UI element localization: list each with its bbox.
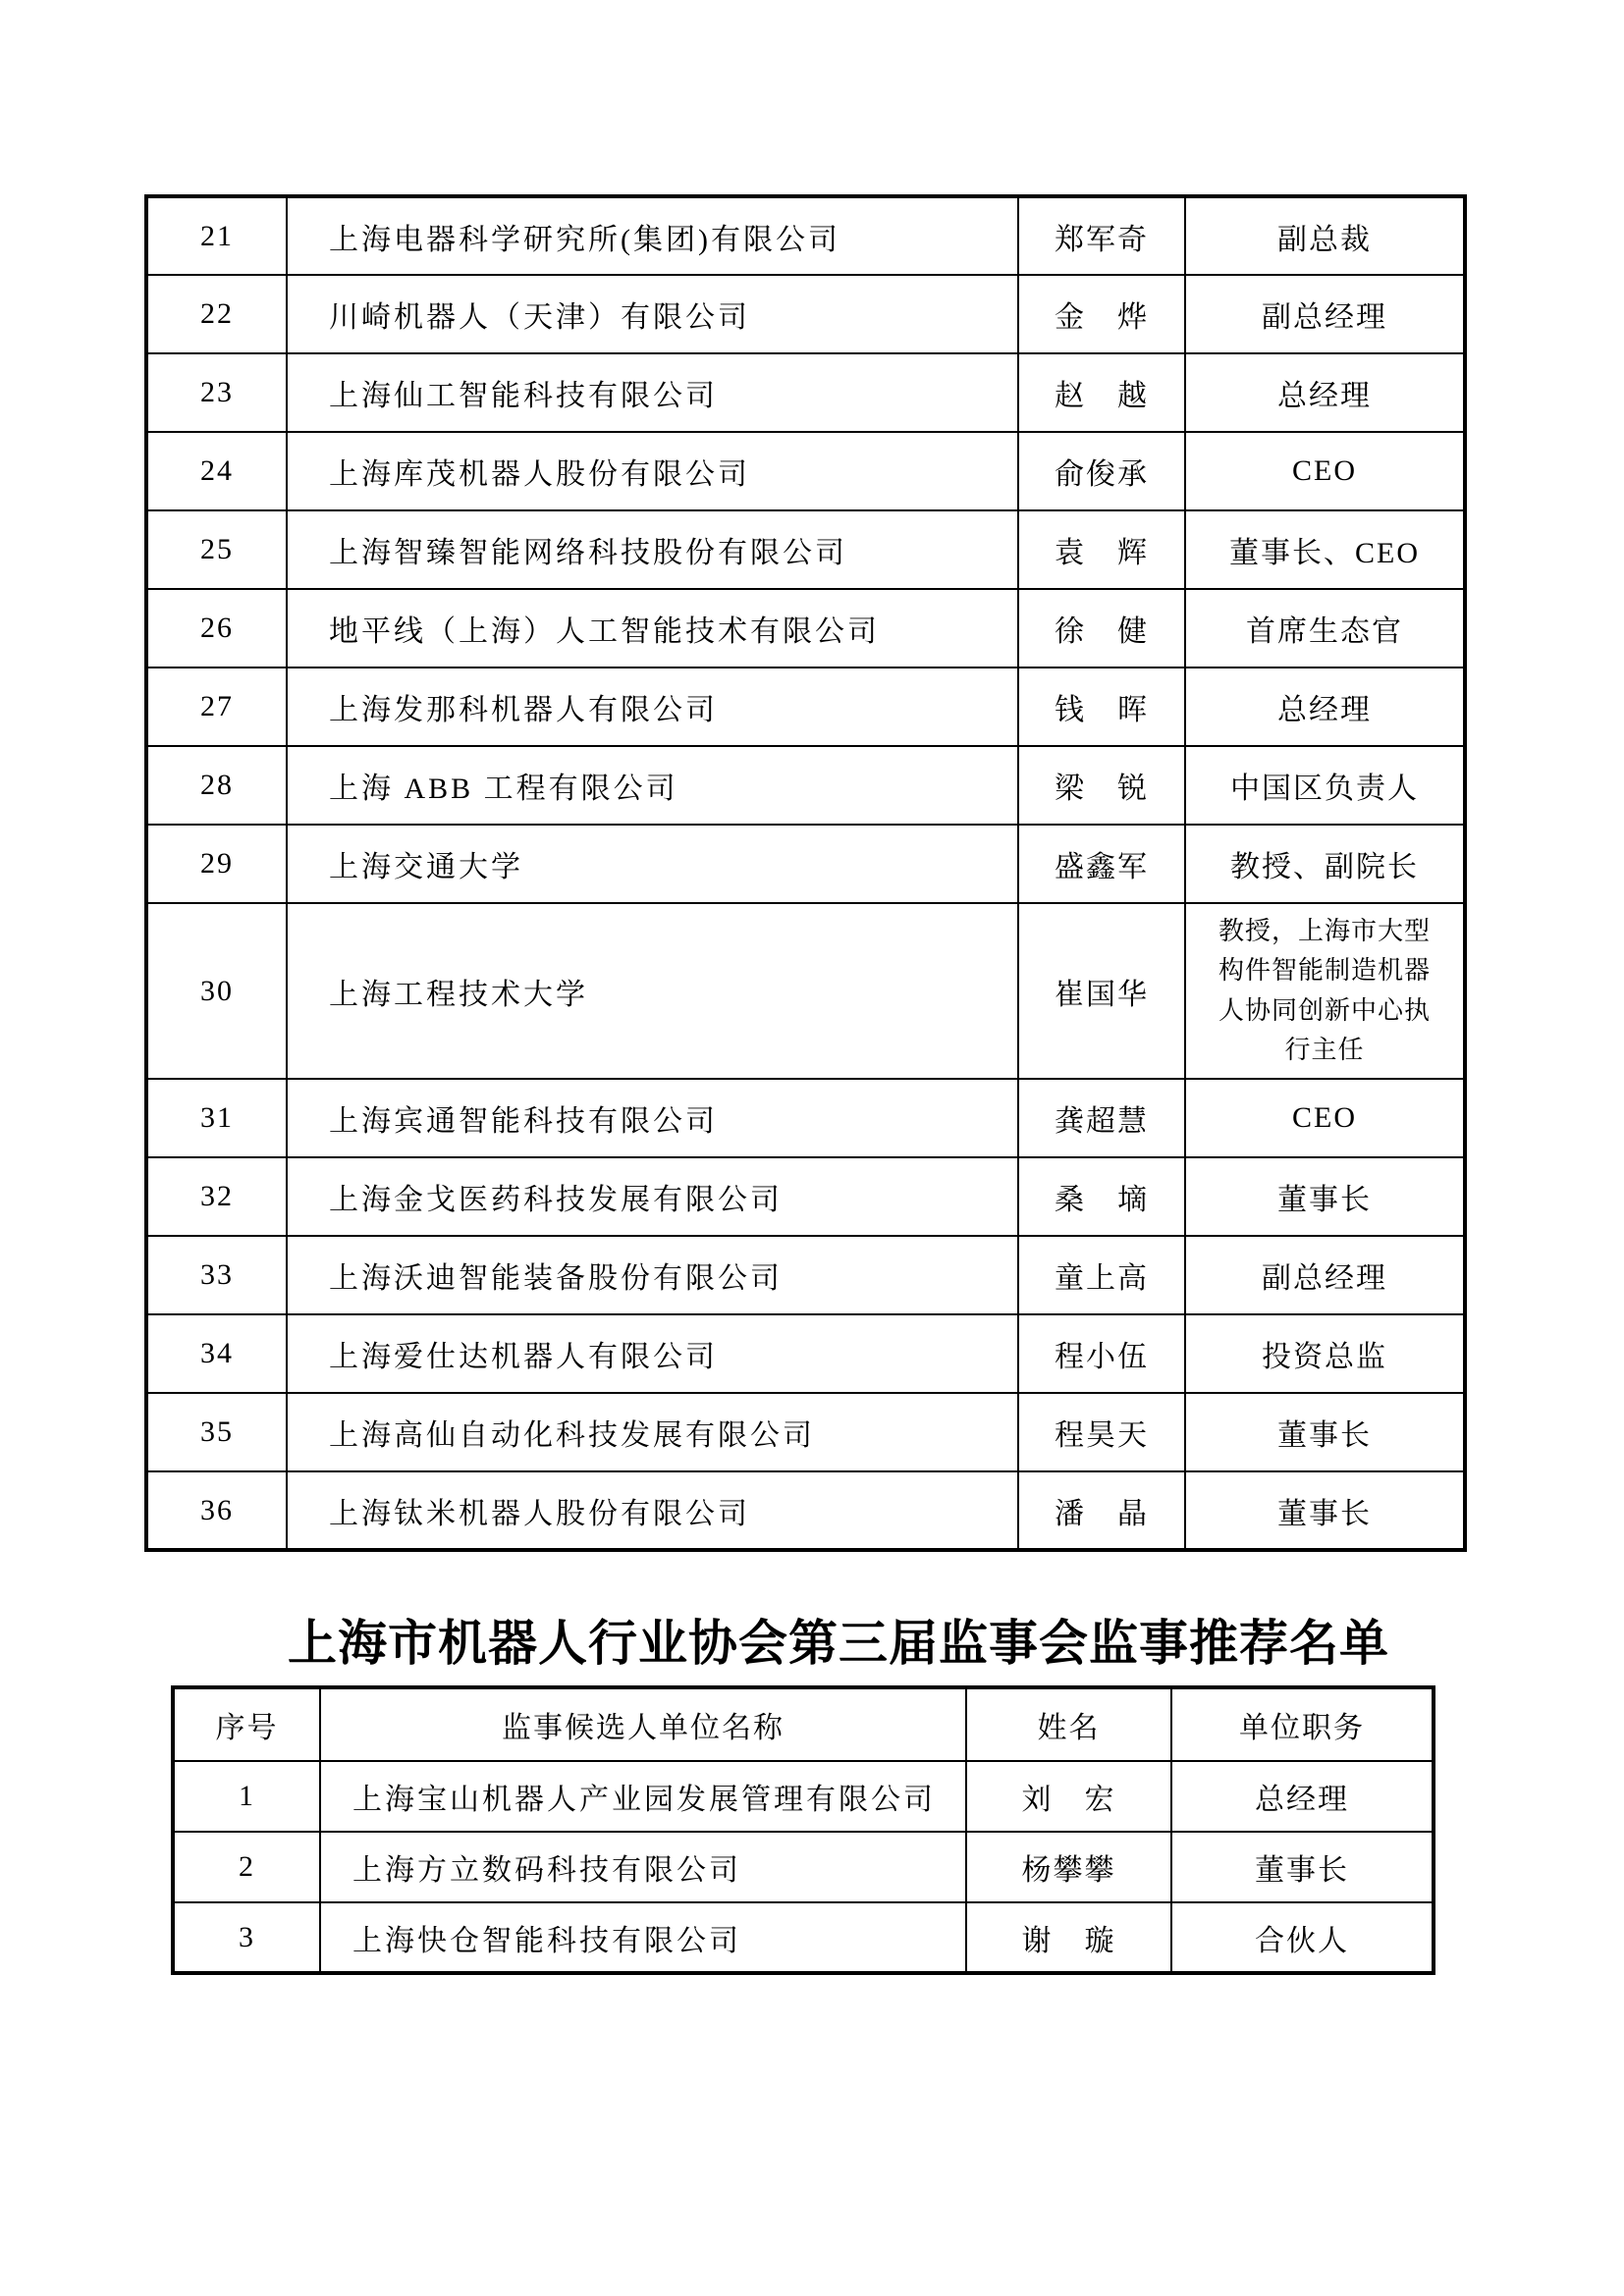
- table-row: 35 上海高仙自动化科技发展有限公司 程昊天 董事长: [146, 1393, 1465, 1471]
- title-cell: 总经理: [1171, 1761, 1434, 1832]
- company-cell: 上海库茂机器人股份有限公司: [287, 432, 1018, 510]
- table-row: 31 上海宾通智能科技有限公司 龚超慧 CEO: [146, 1079, 1465, 1157]
- table-row: 1 上海宝山机器人产业园发展管理有限公司 刘 宏 总经理: [173, 1761, 1434, 1832]
- serial-cell: 33: [146, 1236, 287, 1314]
- title-cell: 教授，上海市大型构件智能制造机器人协同创新中心执行主任: [1185, 903, 1465, 1079]
- name-cell: 谢 璇: [966, 1902, 1171, 1973]
- company-cell: 上海智臻智能网络科技股份有限公司: [287, 510, 1018, 589]
- table-row: 25 上海智臻智能网络科技股份有限公司 袁 辉 董事长、CEO: [146, 510, 1465, 589]
- supervisor-candidates-table: 序号 监事候选人单位名称 姓名 单位职务 1 上海宝山机器人产业园发展管理有限公…: [171, 1685, 1435, 1975]
- serial-cell: 2: [173, 1832, 320, 1902]
- table-row: 3 上海快仓智能科技有限公司 谢 璇 合伙人: [173, 1902, 1434, 1973]
- table-row: 27 上海发那科机器人有限公司 钱 晖 总经理: [146, 667, 1465, 746]
- header-company: 监事候选人单位名称: [320, 1687, 966, 1761]
- company-cell: 上海高仙自动化科技发展有限公司: [287, 1393, 1018, 1471]
- title-cell: 合伙人: [1171, 1902, 1434, 1973]
- serial-cell: 36: [146, 1471, 287, 1550]
- serial-cell: 30: [146, 903, 287, 1079]
- table-row: 33 上海沃迪智能装备股份有限公司 童上高 副总经理: [146, 1236, 1465, 1314]
- company-cell: 地平线（上海）人工智能技术有限公司: [287, 589, 1018, 667]
- table-row: 23 上海仙工智能科技有限公司 赵 越 总经理: [146, 353, 1465, 432]
- company-cell: 上海仙工智能科技有限公司: [287, 353, 1018, 432]
- table-row: 26 地平线（上海）人工智能技术有限公司 徐 健 首席生态官: [146, 589, 1465, 667]
- table-row: 30 上海工程技术大学 崔国华 教授，上海市大型构件智能制造机器人协同创新中心执…: [146, 903, 1465, 1079]
- name-cell: 梁 锐: [1018, 746, 1185, 825]
- title-cell: 董事长: [1185, 1471, 1465, 1550]
- name-cell: 崔国华: [1018, 903, 1185, 1079]
- company-cell: 上海电器科学研究所(集团)有限公司: [287, 196, 1018, 275]
- serial-cell: 27: [146, 667, 287, 746]
- name-cell: 金 烨: [1018, 275, 1185, 353]
- name-cell: 刘 宏: [966, 1761, 1171, 1832]
- company-cell: 上海方立数码科技有限公司: [320, 1832, 966, 1902]
- name-cell: 赵 越: [1018, 353, 1185, 432]
- company-cell: 川崎机器人（天津）有限公司: [287, 275, 1018, 353]
- title-cell: 总经理: [1185, 353, 1465, 432]
- title-cell: 中国区负责人: [1185, 746, 1465, 825]
- table-row: 29 上海交通大学 盛鑫军 教授、副院长: [146, 825, 1465, 903]
- table-row: 2 上海方立数码科技有限公司 杨攀攀 董事长: [173, 1832, 1434, 1902]
- serial-cell: 22: [146, 275, 287, 353]
- table-row: 36 上海钛米机器人股份有限公司 潘 晶 董事长: [146, 1471, 1465, 1550]
- name-cell: 潘 晶: [1018, 1471, 1185, 1550]
- name-cell: 徐 健: [1018, 589, 1185, 667]
- title-cell: 董事长: [1171, 1832, 1434, 1902]
- serial-cell: 3: [173, 1902, 320, 1973]
- serial-cell: 32: [146, 1157, 287, 1236]
- company-cell: 上海金戈医药科技发展有限公司: [287, 1157, 1018, 1236]
- name-cell: 桑 墑: [1018, 1157, 1185, 1236]
- serial-cell: 31: [146, 1079, 287, 1157]
- title-cell: CEO: [1185, 1079, 1465, 1157]
- name-cell: 钱 晖: [1018, 667, 1185, 746]
- table-header-row: 序号 监事候选人单位名称 姓名 单位职务: [173, 1687, 1434, 1761]
- company-cell: 上海爱仕达机器人有限公司: [287, 1314, 1018, 1393]
- name-cell: 郑军奇: [1018, 196, 1185, 275]
- table-row: 32 上海金戈医药科技发展有限公司 桑 墑 董事长: [146, 1157, 1465, 1236]
- title-cell: 副总裁: [1185, 196, 1465, 275]
- title-cell: 董事长、CEO: [1185, 510, 1465, 589]
- company-cell: 上海交通大学: [287, 825, 1018, 903]
- company-cell: 上海沃迪智能装备股份有限公司: [287, 1236, 1018, 1314]
- table-row: 22 川崎机器人（天津）有限公司 金 烨 副总经理: [146, 275, 1465, 353]
- company-cell: 上海宾通智能科技有限公司: [287, 1079, 1018, 1157]
- serial-cell: 1: [173, 1761, 320, 1832]
- title-cell: 董事长: [1185, 1157, 1465, 1236]
- name-cell: 程小伍: [1018, 1314, 1185, 1393]
- serial-cell: 34: [146, 1314, 287, 1393]
- header-serial: 序号: [173, 1687, 320, 1761]
- table-row: 21 上海电器科学研究所(集团)有限公司 郑军奇 副总裁: [146, 196, 1465, 275]
- company-cell: 上海快仓智能科技有限公司: [320, 1902, 966, 1973]
- serial-cell: 23: [146, 353, 287, 432]
- name-cell: 杨攀攀: [966, 1832, 1171, 1902]
- header-name: 姓名: [966, 1687, 1171, 1761]
- company-cell: 上海工程技术大学: [287, 903, 1018, 1079]
- serial-cell: 21: [146, 196, 287, 275]
- table-row: 34 上海爱仕达机器人有限公司 程小伍 投资总监: [146, 1314, 1465, 1393]
- title-cell: 副总经理: [1185, 1236, 1465, 1314]
- director-candidates-table-continued: 21 上海电器科学研究所(集团)有限公司 郑军奇 副总裁 22 川崎机器人（天津…: [144, 194, 1467, 1552]
- company-cell: 上海钛米机器人股份有限公司: [287, 1471, 1018, 1550]
- name-cell: 袁 辉: [1018, 510, 1185, 589]
- name-cell: 俞俊承: [1018, 432, 1185, 510]
- name-cell: 盛鑫军: [1018, 825, 1185, 903]
- title-cell: CEO: [1185, 432, 1465, 510]
- title-cell: 总经理: [1185, 667, 1465, 746]
- title-cell: 副总经理: [1185, 275, 1465, 353]
- document-page: 21 上海电器科学研究所(集团)有限公司 郑军奇 副总裁 22 川崎机器人（天津…: [0, 0, 1624, 2296]
- name-cell: 童上高: [1018, 1236, 1185, 1314]
- title-cell: 投资总监: [1185, 1314, 1465, 1393]
- serial-cell: 24: [146, 432, 287, 510]
- table-row: 24 上海库茂机器人股份有限公司 俞俊承 CEO: [146, 432, 1465, 510]
- name-cell: 程昊天: [1018, 1393, 1185, 1471]
- title-cell: 董事长: [1185, 1393, 1465, 1471]
- title-cell: 教授、副院长: [1185, 825, 1465, 903]
- serial-cell: 28: [146, 746, 287, 825]
- serial-cell: 29: [146, 825, 287, 903]
- company-cell: 上海发那科机器人有限公司: [287, 667, 1018, 746]
- serial-cell: 25: [146, 510, 287, 589]
- name-cell: 龚超慧: [1018, 1079, 1185, 1157]
- title-cell: 首席生态官: [1185, 589, 1465, 667]
- company-cell: 上海宝山机器人产业园发展管理有限公司: [320, 1761, 966, 1832]
- serial-cell: 35: [146, 1393, 287, 1471]
- table-row: 28 上海 ABB 工程有限公司 梁 锐 中国区负责人: [146, 746, 1465, 825]
- header-title: 单位职务: [1171, 1687, 1434, 1761]
- supervisors-list-heading: 上海市机器人行业协会第三届监事会监事推荐名单: [27, 1604, 1624, 1675]
- serial-cell: 26: [146, 589, 287, 667]
- company-cell: 上海 ABB 工程有限公司: [287, 746, 1018, 825]
